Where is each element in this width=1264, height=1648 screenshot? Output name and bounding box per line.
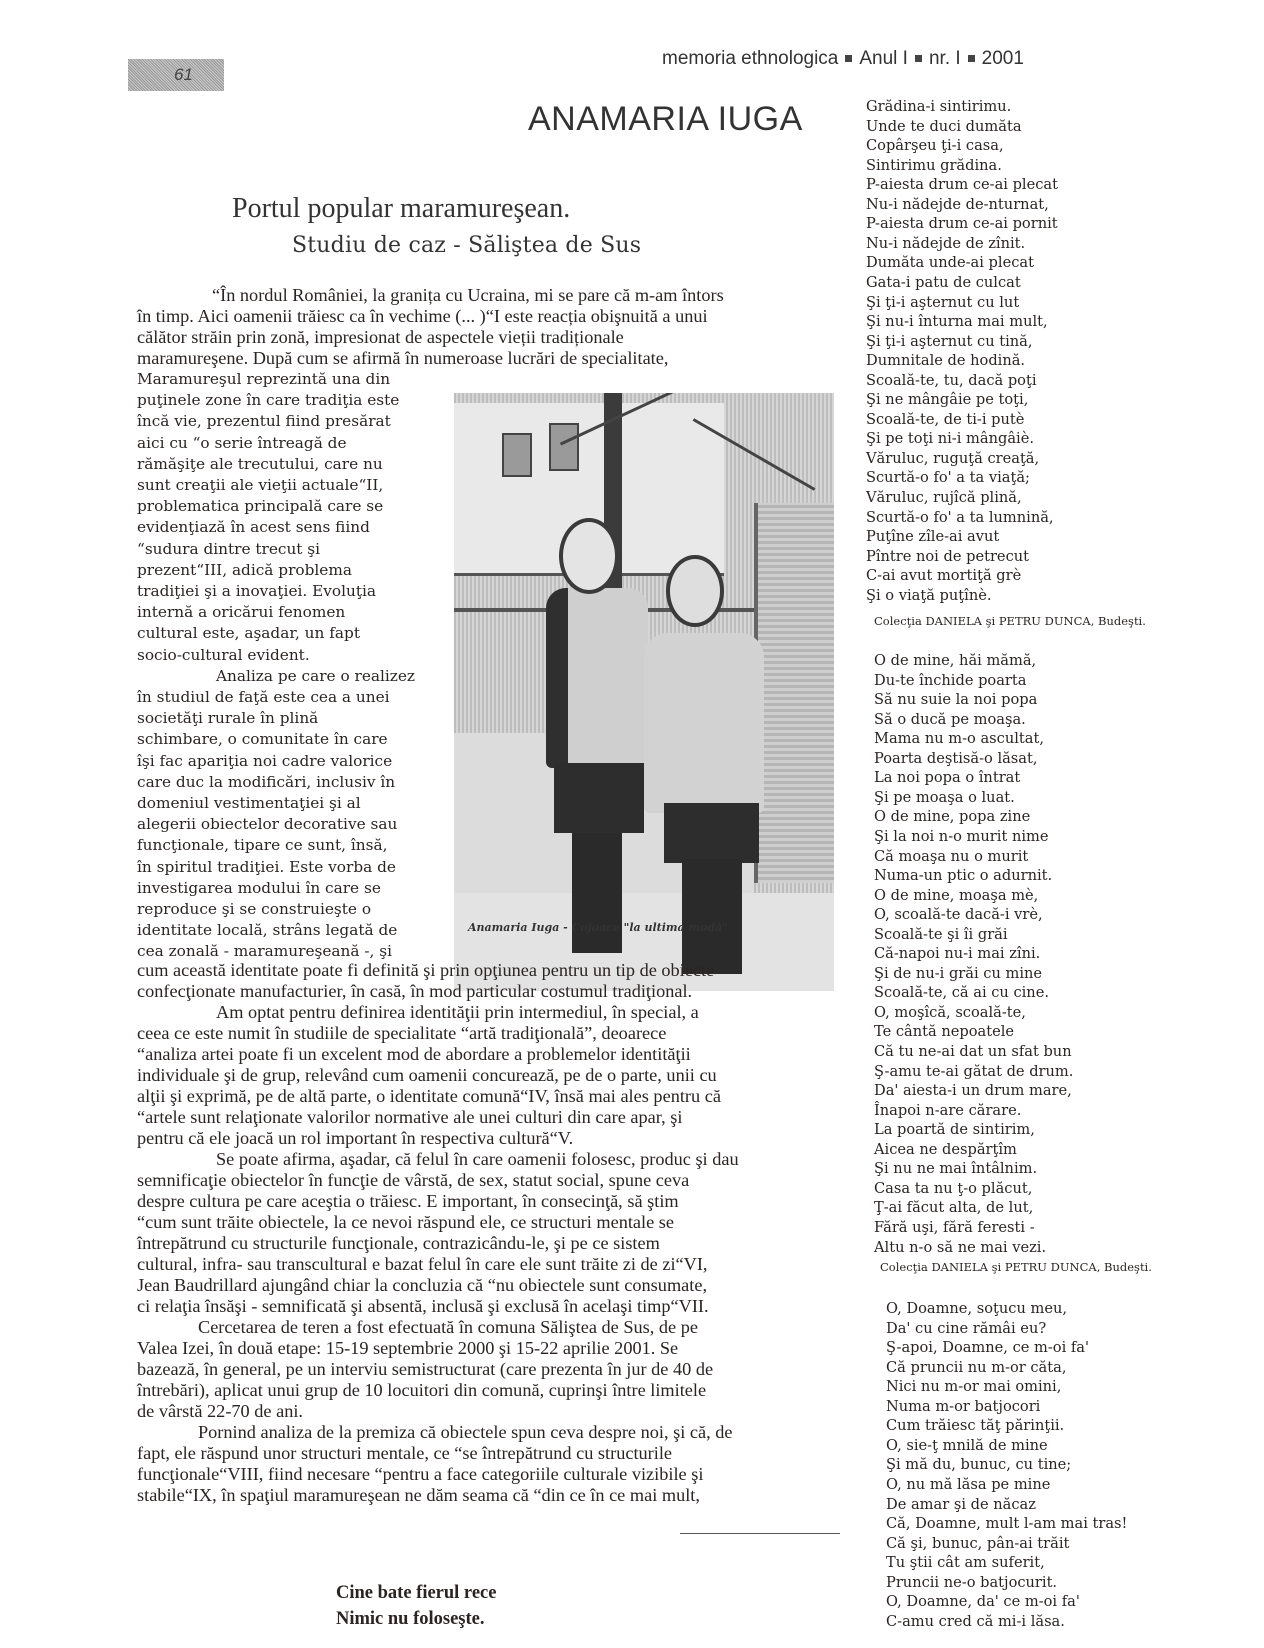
poem-line: Că şi, bunuc, pân-ai trăit xyxy=(886,1535,1069,1552)
poem-line: Şi nu-i înturna mai mult, xyxy=(866,313,1048,330)
poem-line: Grădina-i sintirimu. xyxy=(866,98,1011,115)
poem-line: O de mine, hăi mămă, xyxy=(874,652,1036,669)
body-line: cultural este, aşadar, un fapt xyxy=(137,624,360,642)
body-line: “sudura dintre trecut şi xyxy=(137,540,320,558)
body-line: Cercetarea de teren a fost efectuată în … xyxy=(198,1317,698,1338)
body-line: Se poate afirma, aşadar, că felul în car… xyxy=(216,1149,739,1170)
poem-line: Da' aiesta-i un drum mare, xyxy=(874,1082,1072,1099)
body-line: Jean Baudrillard ajungând chiar la concl… xyxy=(137,1275,707,1296)
poem-line: Scoală-te, tu, dacă poţi xyxy=(866,372,1037,389)
poem-line: O, nu mă lăsa pe mine xyxy=(886,1476,1050,1493)
body-line: călător străin prin zonă, impresionat de… xyxy=(137,327,624,348)
poem-line: Ş-apoi, Doamne, ce m-oi fa' xyxy=(886,1339,1089,1356)
body-line: cum această identitate poate fi definită… xyxy=(137,960,714,981)
body-line: de vârstă 22-70 de ani. xyxy=(137,1401,303,1422)
photo-window xyxy=(549,423,579,471)
body-line: “artele sunt relaţionate valorilor norma… xyxy=(137,1107,682,1128)
poem-line: Înapoi n-are cărare. xyxy=(874,1102,1021,1119)
body-line: evidenţiază în acest sens fiind xyxy=(137,518,370,536)
poem-line: Scoală-te, de ti-i putè xyxy=(866,411,1024,428)
poem-line: La poartă de sintirim, xyxy=(874,1121,1035,1138)
poem-line: Văruluc, rujîcă plină, xyxy=(866,489,1022,506)
poem-line: O, moşîcă, scoală-te, xyxy=(874,1004,1026,1021)
photo-figure-head xyxy=(666,555,724,627)
poem-line: Fără uşi, fără feresti - xyxy=(874,1219,1035,1236)
poem-line: O de mine, moaşa mè, xyxy=(874,887,1038,904)
poem-line: Poarta deştisă-o lăsat, xyxy=(874,750,1038,767)
photo-window xyxy=(502,433,532,477)
body-line: ceea ce este numit în studiile de specia… xyxy=(137,1023,666,1044)
body-line: cea zonală - maramureşeană -, şi xyxy=(137,942,392,960)
body-line: încă vie, prezentul fiind presărat xyxy=(137,412,391,430)
poem-line: O de mine, popa zine xyxy=(874,808,1030,825)
body-line: Analiza pe care o realizez xyxy=(216,667,415,685)
body-line: socio-cultural evident. xyxy=(137,646,310,664)
poem-line: O, Doamne, da' ce m-oi fa' xyxy=(886,1593,1080,1610)
poem-line: Scoală-te, că ai cu cine. xyxy=(874,984,1049,1001)
article-author: ANAMARIA IUGA xyxy=(528,100,803,139)
body-line: despre cultura pe care aceştia o trăiesc… xyxy=(137,1191,679,1212)
volume: Anul I xyxy=(859,48,908,69)
poem-line: Şi ţi-i aşternut cu tină, xyxy=(866,333,1033,350)
poem-line: Că, Doamne, mult l-am mai tras! xyxy=(886,1515,1127,1532)
photo-figure-coat xyxy=(546,588,648,768)
poem-line: Tu ştii cât am suferit, xyxy=(886,1554,1045,1571)
poem-line: Şi la noi n-o murit nime xyxy=(874,828,1048,845)
body-line: societăţi rurale în plină xyxy=(137,709,318,727)
poem-line: Şi mă du, bunuc, cu tine; xyxy=(886,1456,1071,1473)
body-line: alegerii obiectelor decorative sau xyxy=(137,815,397,833)
body-line: investigarea modului în care se xyxy=(137,879,381,897)
body-line: funcţionale“VIII, fiind necesare “pentru… xyxy=(137,1464,703,1485)
body-line: individuale şi de grup, relevând cum oam… xyxy=(137,1065,717,1086)
motto-line: Nimic nu foloseşte. xyxy=(336,1609,485,1630)
article-subtitle: Studiu de caz - Săliştea de Sus xyxy=(292,233,641,258)
poem-line: Să o ducă pe moaşa. xyxy=(874,711,1026,728)
poem-line: Cum trăiesc tăţ părinţii. xyxy=(886,1417,1064,1434)
body-line: “analiza artei poate fi un excelent mod … xyxy=(137,1044,691,1065)
body-line: prezent“III, adică problema xyxy=(137,561,352,579)
poem-credit: Colecţia DANIELA şi PETRU DUNCA, Budeşti… xyxy=(874,614,1146,628)
body-line: în spiritul tradiţiei. Este vorba de xyxy=(137,858,396,876)
poem-line: C-amu cred că mi-i lăsa. xyxy=(886,1613,1065,1630)
poem-line: Aicea ne despărţîm xyxy=(874,1141,1017,1158)
poem-line: Şi de nu-i grăi cu mine xyxy=(874,965,1042,982)
poem-line: Sintirimu grădina. xyxy=(866,157,1002,174)
body-line: Maramureşul reprezintă una din xyxy=(137,370,390,388)
poem-line: O, scoală-te dacă-i vrè, xyxy=(874,906,1043,923)
body-line: în studiul de faţă este cea a unei xyxy=(137,688,390,706)
photo-figure-head xyxy=(559,518,619,594)
body-line: pentru că ele joacă un rol important în … xyxy=(137,1128,573,1149)
body-line: care duc la modificări, inclusiv în xyxy=(137,773,395,791)
running-header: memoria ethnologicaAnul Inr. I2001 xyxy=(662,48,1024,70)
poem-line: Să nu suie la noi popa xyxy=(874,691,1037,708)
body-line: problematica principală care se xyxy=(137,497,383,515)
poem-line: P-aiesta drum ce-ai plecat xyxy=(866,176,1058,193)
body-line: Am optat pentru definirea identităţii pr… xyxy=(216,1002,699,1023)
photo-figure-coat xyxy=(644,633,764,813)
year: 2001 xyxy=(982,48,1024,69)
body-line: internă a oricărui fenomen xyxy=(137,603,345,621)
poem-line: Mama nu m-o ascultat, xyxy=(874,730,1044,747)
poem-line: Puţîne zîle-ai avut xyxy=(866,528,999,545)
poem-line: Ş-amu te-ai gătat de drum. xyxy=(874,1063,1073,1080)
body-line: stabile“IX, în spaţiul maramureşean ne d… xyxy=(137,1485,700,1506)
body-line: reproduce şi se construieşte o xyxy=(137,900,371,918)
article-photo: Anamaria Iuga - Cojoace "la ultima modă" xyxy=(454,393,834,991)
article-title: Portul popular maramureşean. xyxy=(232,193,570,225)
footnote-divider xyxy=(680,1533,840,1534)
square-bullet-icon xyxy=(968,55,975,62)
body-line: întrebări), aplicat unui grup de 10 locu… xyxy=(137,1380,706,1401)
poem-line: Ţ-ai făcut alta, de lut, xyxy=(874,1199,1033,1216)
body-line: maramureşene. După cum se afirmă în nume… xyxy=(137,348,668,369)
poem-line: Numa m-or batjocori xyxy=(886,1398,1040,1415)
poem-line: Scurtă-o fo' a ta lumnină, xyxy=(866,509,1054,526)
body-line: schimbare, o comunitate în care xyxy=(137,730,388,748)
body-line: sunt creaţii ale vieţii actuale“II, xyxy=(137,476,383,494)
photo-figure-skirt xyxy=(554,763,644,833)
body-line: semnificaţie obiectelor în funcţie de vâ… xyxy=(137,1170,689,1191)
poem-line: Du-te închide poarta xyxy=(874,672,1026,689)
body-line: tradiţiei şi a inovaţiei. Evoluţia xyxy=(137,582,376,600)
poem-line: Şi ţi-i aşternut cu lut xyxy=(866,294,1019,311)
poem-line: O, sie-ţ mnilă de mine xyxy=(886,1437,1048,1454)
body-line: rămăşiţe ale trecutului, care nu xyxy=(137,455,383,473)
motto-line: Cine bate fierul rece xyxy=(336,1583,496,1604)
body-line: domeniul vestimentaţiei şi al xyxy=(137,794,361,812)
poem-line: Şi pe toţi ni-i mângâiè. xyxy=(866,430,1034,447)
poem-line: Gata-i patu de culcat xyxy=(866,274,1021,291)
body-line: aici cu “o serie întreagă de xyxy=(137,434,347,452)
body-line: ci relaţia însăşi - semnificată şi absen… xyxy=(137,1296,709,1317)
poem-line: Dumnitale de hodină. xyxy=(866,352,1025,369)
poem-line: Pîntre noi de petrecut xyxy=(866,548,1029,565)
body-line: “cum sunt trăite obiectele, la ce nevoi … xyxy=(137,1212,674,1233)
poem-line: Nici nu m-or mai omini, xyxy=(886,1378,1061,1395)
poem-line: Numa-un ptic o adurnit. xyxy=(874,867,1052,884)
body-line: întrepătrund cu structurile funcţionale,… xyxy=(137,1233,660,1254)
body-line: funcţionale, tipare ce sunt, însă, xyxy=(137,836,388,854)
poem-line: Şi nu ne mai întâlnim. xyxy=(874,1160,1037,1177)
body-line: confecţionate manufacturier, în casă, în… xyxy=(137,981,692,1002)
body-line: bazează, în general, pe un interviu semi… xyxy=(137,1359,713,1380)
square-bullet-icon xyxy=(845,55,852,62)
poem-line: O, Doamne, soţucu meu, xyxy=(886,1300,1067,1317)
body-line: Valea Izei, în două etape: 15-19 septemb… xyxy=(137,1338,678,1359)
poem-line: Şi ne mângâie pe toţi, xyxy=(866,391,1028,408)
body-line: identitate locală, strâns legată de xyxy=(137,921,397,939)
poem-line: De amar şi de năcaz xyxy=(886,1496,1036,1513)
body-line: cultural, infra- sau transcultural e baz… xyxy=(137,1254,708,1275)
photo-figure-legs xyxy=(572,833,622,953)
poem-line: Copârşeu ţi-i casa, xyxy=(866,137,1004,154)
poem-line: Şi o viaţă puţînè. xyxy=(866,587,992,604)
poem-line: Că pruncii nu m-or căta, xyxy=(886,1359,1066,1376)
body-line: alţii şi exprimă, pe de altă parte, o id… xyxy=(137,1086,721,1107)
poem-line: Te cântă nepoatele xyxy=(874,1023,1014,1040)
square-bullet-icon xyxy=(915,55,922,62)
body-line: în timp. Aici oamenii trăiesc ca în vech… xyxy=(137,306,708,327)
journal-name: memoria ethnologica xyxy=(662,48,838,69)
poem-credit: Colecţia DANIELA şi PETRU DUNCA, Budeşti… xyxy=(880,1260,1152,1274)
body-line: îşi fac apariţia noi cadre valorice xyxy=(137,752,392,770)
poem-line: La noi popa o întrat xyxy=(874,769,1020,786)
poem-line: Nu-i nădejde de zînit. xyxy=(866,235,1025,252)
poem-line: Casa ta nu ţ-o plăcut, xyxy=(874,1180,1032,1197)
poem-line: P-aiesta drum ce-ai pornit xyxy=(866,215,1058,232)
issue: nr. I xyxy=(929,48,961,69)
photo-figure-legs xyxy=(682,859,742,974)
poem-line: Unde te duci dumăta xyxy=(866,118,1022,135)
poem-line: Dumăta unde-ai plecat xyxy=(866,254,1034,271)
page-number: 61 xyxy=(128,59,224,91)
poem-line: Că-napoi nu-i mai zîni. xyxy=(874,945,1040,962)
poem-line: Da' cu cine rămâi eu? xyxy=(886,1320,1046,1337)
photo-figure-skirt xyxy=(664,803,759,863)
photo-gate xyxy=(754,503,834,883)
poem-line: Văruluc, ruguţă creaţă, xyxy=(866,450,1039,467)
poem-line: Şi pe moaşa o luat. xyxy=(874,789,1015,806)
body-line: fapt, ele răspund unor structuri mentale… xyxy=(137,1443,672,1464)
body-line: Pornind analiza de la premiza că obiecte… xyxy=(198,1422,733,1443)
photo-caption: Anamaria Iuga - Cojoace "la ultima modă" xyxy=(468,921,728,934)
poem-line: Scoală-te şi îi grăi xyxy=(874,926,1008,943)
poem-line: C-ai avut mortiţă grè xyxy=(866,567,1021,584)
body-line: puţinele zone în care tradiţia este xyxy=(137,391,399,409)
body-line: “În nordul României, la granița cu Ucrai… xyxy=(212,285,724,306)
poem-line: Că tu ne-ai dat un sfat bun xyxy=(874,1043,1072,1060)
poem-line: Scurtă-o fo' a ta viaţă; xyxy=(866,469,1030,486)
poem-line: Că moaşa nu o murit xyxy=(874,848,1028,865)
poem-line: Nu-i nădejde de-nturnat, xyxy=(866,196,1049,213)
poem-line: Altu n-o să ne mai vezi. xyxy=(874,1239,1046,1256)
poem-line: Pruncii ne-o batjocurit. xyxy=(886,1574,1057,1591)
